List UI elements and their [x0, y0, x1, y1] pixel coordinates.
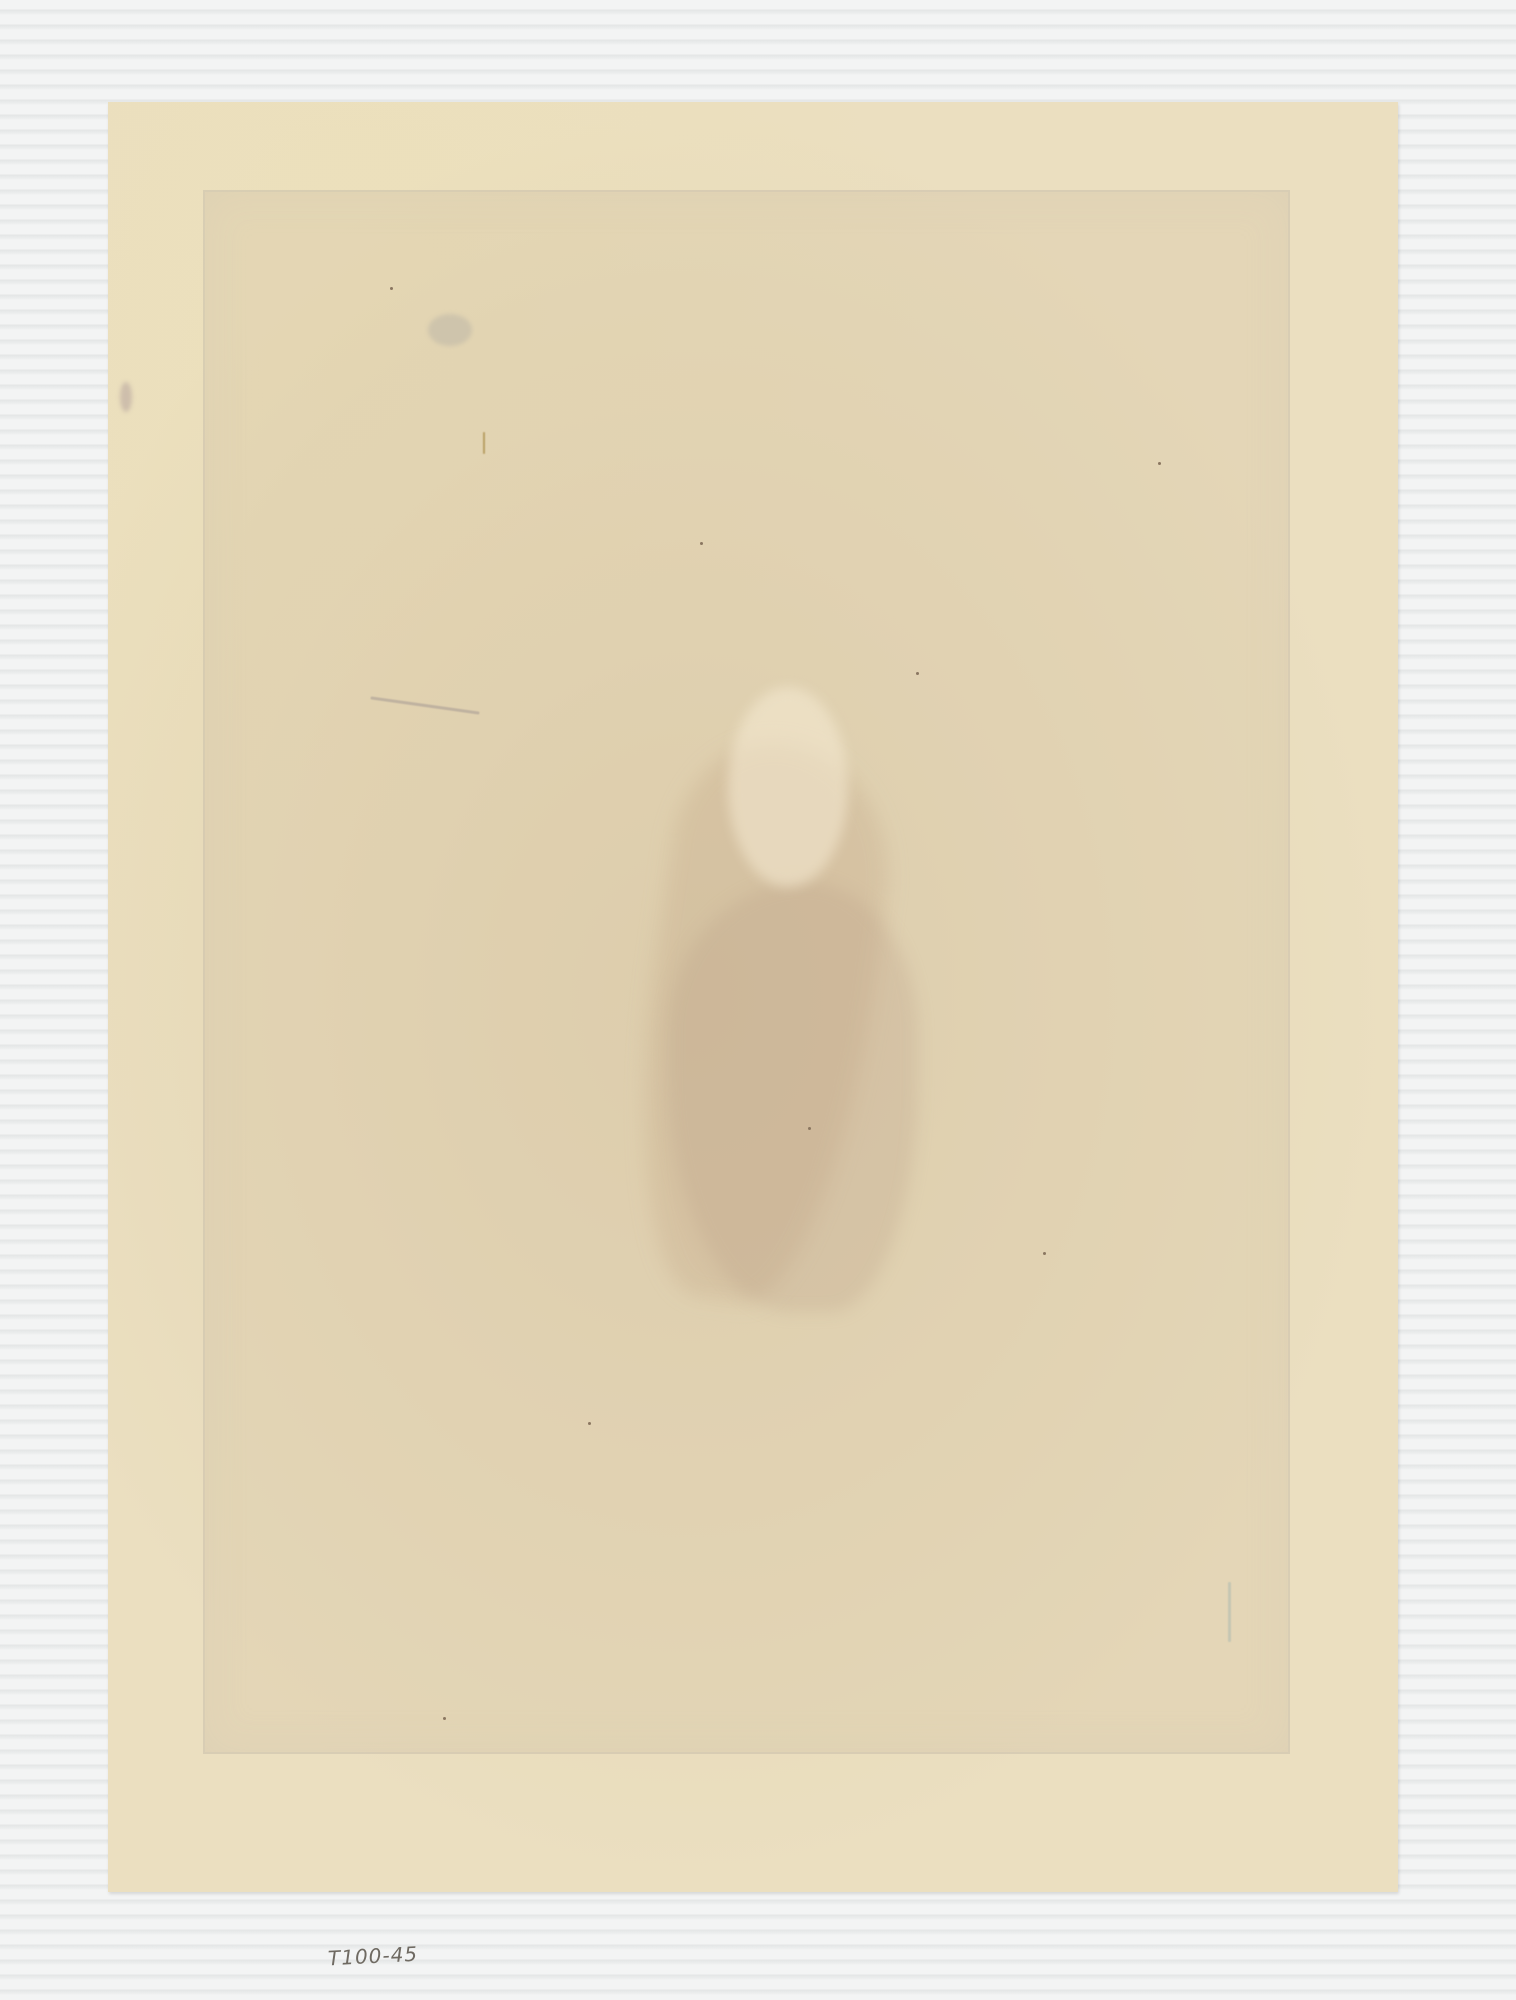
paper-speck — [916, 672, 919, 675]
showthrough-stroke — [1228, 1582, 1231, 1642]
paper-speck — [1043, 1252, 1046, 1255]
figure-head-showthrough — [728, 687, 848, 887]
paper-speck — [390, 287, 393, 290]
paper-speck — [700, 542, 703, 545]
fiber-mark — [483, 432, 485, 454]
paper-stain — [120, 382, 132, 412]
paper-speck — [808, 1127, 811, 1130]
paper-speck — [1158, 462, 1161, 465]
pencil-inscription: T100-45 — [327, 1942, 418, 1971]
paper-speck — [443, 1717, 446, 1720]
print-paper-verso: T100-45 — [108, 102, 1398, 1892]
paper-speck — [588, 1422, 591, 1425]
paper-stain — [428, 314, 472, 346]
